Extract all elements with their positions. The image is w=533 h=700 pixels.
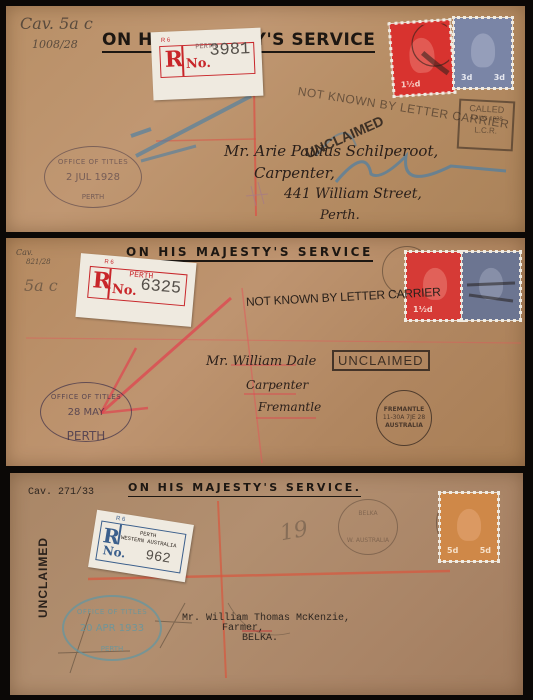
handstamp-unclaimed-vertical: UNCLAIMED [36,537,50,618]
belka-postmark: BELKA W. AUSTRALIA [338,499,398,555]
stamp-orange-kgv: 5d 5d [440,493,498,561]
stamp-blue-kgv: 3d 3d [454,18,512,88]
pencil-note-ref: Cav. [16,248,33,257]
unclaimed-box-stamp: UNCLAIMED [332,350,430,371]
called-box-stamp: CALLED 4 AUG 1928 L.C.R. [457,99,516,152]
registration-number: 3981 [209,40,251,61]
typed-note: Cav. 271/33 [28,487,94,498]
office-of-titles-oval-stamp: OFFICE OF TITLES 28 MAY PERTH [40,382,132,442]
pencil-note-ref: Cav. 5a c [20,14,93,33]
office-of-titles-oval-stamp: OFFICE OF TITLES 20 APR 1933 PERTH [62,595,162,661]
registration-label: R 6 R No. PERTH 3981 [151,28,264,101]
pencil-mark: 19 [278,517,310,546]
cover-2: Cav. 821/28 5a c ON HIS MAJESTY'S SERVIC… [6,238,525,466]
pencil-note-number: 1008/28 [32,38,78,51]
cover-1: Cav. 5a c 1008/28 ON HIS MAJESTY'S SERVI… [6,6,525,232]
registration-label: R 6 R No. PERTH 6325 [75,253,196,327]
stamp-red-kgv: 1½d [390,20,455,96]
registration-number: 6325 [140,276,182,298]
registration-label: R 6 R PERTH WESTERN AUSTRALIA No. 962 [88,510,194,583]
fremantle-postmark: FREMANTLE 11-30A 7JE 28 AUSTRALIA [376,390,432,446]
ohms-header: ON HIS MAJESTY'S SERVICE. [128,481,361,494]
ohms-header: ON HIS MAJESTY'S SERVICE [126,245,373,259]
office-of-titles-oval-stamp: OFFICE OF TITLES 2 JUL 1928 PERTH [44,146,142,208]
pencil-note-code: 5a c [24,276,58,295]
pencil-note-number: 821/28 [26,258,51,266]
cover-3: Cav. 271/33 ON HIS MAJESTY'S SERVICE. R … [10,473,523,695]
stamp-blue-kgv [462,252,520,320]
